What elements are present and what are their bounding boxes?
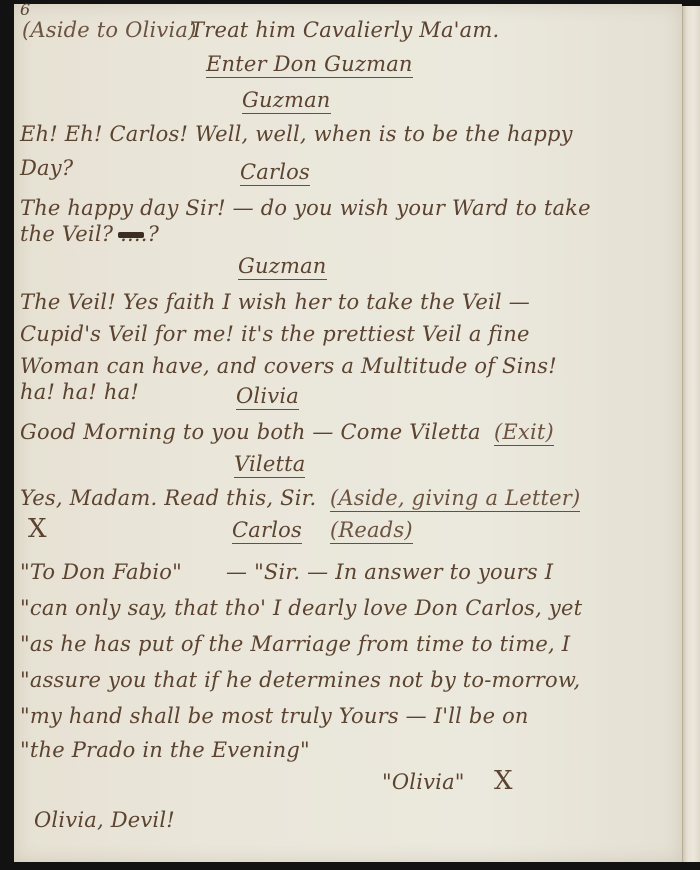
page-number: 6 <box>20 0 30 19</box>
letter-line: "assure you that if he determines not by… <box>20 668 580 692</box>
speaker-name: Carlos <box>240 160 310 186</box>
speaker-name: Viletta <box>234 452 305 478</box>
speaker-name: Olivia <box>236 384 299 410</box>
dialogue-line: Yes, Madam. Read this, Sir. <box>20 486 316 510</box>
facing-page-edge <box>682 6 700 862</box>
dialogue-line: Eh! Eh! Carlos! Well, well, when is to b… <box>20 122 573 146</box>
margin-cross-mark: X <box>494 766 513 796</box>
dialogue-line: Olivia, Devil! <box>34 808 175 832</box>
speaker-name: Carlos <box>232 518 302 544</box>
dialogue-line: Treat him Cavalierly Ma'am. <box>190 18 499 42</box>
letter-line: "the Prado in the Evening" <box>20 738 310 762</box>
letter-line: "can only say, that tho' I dearly love D… <box>20 596 582 620</box>
dialogue-line: Day? <box>20 156 73 180</box>
dialogue-line: Woman can have, and covers a Multitude o… <box>20 354 557 378</box>
stage-direction-aside: (Aside, giving a Letter) <box>330 486 580 512</box>
speaker-name: Guzman <box>242 88 331 114</box>
stage-direction-reads: (Reads) <box>330 518 413 544</box>
letter-line: "as he has put of the Marriage from time… <box>20 632 570 656</box>
letter-signature: "Olivia" <box>382 770 465 794</box>
letter-line: — "Sir. — In answer to yours I <box>226 560 553 584</box>
dialogue-line: The Veil! Yes faith I wish her to take t… <box>20 290 530 314</box>
letter-line: "my hand shall be most truly Yours — I'l… <box>20 704 529 728</box>
ink-blot <box>118 232 144 238</box>
stage-direction-aside: (Aside to Olivia) <box>22 18 197 42</box>
dialogue-line: The happy day Sir! — do you wish your Wa… <box>20 196 591 220</box>
speaker-name: Guzman <box>238 254 327 280</box>
stage-direction-exit: (Exit) <box>494 420 554 446</box>
letter-address: "To Don Fabio" <box>20 560 182 584</box>
stage-direction-enter: Enter Don Guzman <box>206 52 413 78</box>
dialogue-line: ha! ha! ha! <box>20 380 139 404</box>
dialogue-line: Cupid's Veil for me! it's the prettiest … <box>20 322 530 346</box>
dialogue-line: Good Morning to you both — Come Viletta <box>20 420 481 444</box>
margin-cross-mark: X <box>28 514 47 544</box>
